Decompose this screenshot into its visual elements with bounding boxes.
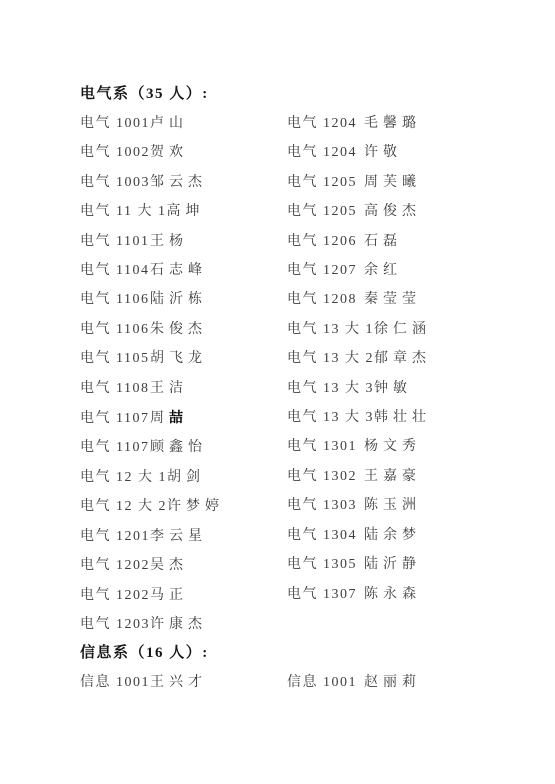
class-label: 电气 1107 bbox=[80, 404, 150, 433]
class-label: 电气 1206 bbox=[287, 227, 364, 256]
class-label: 电气 1003 bbox=[80, 168, 150, 197]
student-name: 朱俊杰 bbox=[150, 322, 207, 337]
student-name: 石志峰 bbox=[150, 263, 207, 278]
student-name: 吴杰 bbox=[150, 558, 188, 573]
class-label: 电气 1205 bbox=[287, 168, 364, 197]
roster-row: 电气 1101王杨 bbox=[80, 227, 287, 256]
student-name: 余红 bbox=[364, 263, 402, 278]
class-label: 电气 1203 bbox=[80, 610, 150, 639]
roster-column-left: 电气 1001卢山电气 1002贺欢电气 1003邹云杰电气 11 大 1高坤电… bbox=[80, 109, 287, 639]
student-name: 许敬 bbox=[364, 145, 402, 160]
student-name: 周芙曦 bbox=[364, 175, 421, 190]
class-label: 电气 12 大 2 bbox=[80, 492, 167, 521]
student-name: 王洁 bbox=[150, 381, 188, 396]
roster-row: 电气 1207余红 bbox=[287, 256, 542, 285]
student-name: 顾鑫怡 bbox=[150, 440, 207, 455]
roster-columns: 信息 1001王兴才 信息 1001赵丽莉 bbox=[80, 668, 542, 697]
roster-row: 电气 13 大 3钟敏 bbox=[287, 374, 542, 403]
roster-row: 电气 1002贺欢 bbox=[80, 138, 287, 167]
student-name: 韩壮壮 bbox=[374, 410, 431, 425]
roster-row: 电气 1302王嘉豪 bbox=[287, 462, 542, 491]
roster-row: 信息 1001王兴才 bbox=[80, 668, 287, 697]
roster-row: 电气 12 大 2许梦婷 bbox=[80, 492, 287, 521]
class-label: 电气 1307 bbox=[287, 580, 364, 609]
roster-row: 电气 1202马正 bbox=[80, 581, 287, 610]
student-name: 陆余梦 bbox=[364, 528, 421, 543]
class-label: 电气 1301 bbox=[287, 432, 364, 461]
class-label: 电气 13 大 2 bbox=[287, 344, 374, 373]
class-label: 电气 1202 bbox=[80, 581, 150, 610]
roster-row: 电气 13 大 2郁章杰 bbox=[287, 344, 542, 373]
roster-row: 电气 1304陆余梦 bbox=[287, 521, 542, 550]
section-information: 信息系（16 人）: 信息 1001王兴才 信息 1001赵丽莉 bbox=[80, 641, 542, 697]
roster-column-right: 信息 1001赵丽莉 bbox=[287, 668, 542, 697]
class-label: 电气 11 大 1 bbox=[80, 197, 166, 226]
class-label: 电气 13 大 1 bbox=[287, 315, 374, 344]
class-label: 电气 1305 bbox=[287, 550, 364, 579]
section-electrical: 电气系（35 人）: 电气 1001卢山电气 1002贺欢电气 1003邹云杰电… bbox=[80, 82, 542, 639]
student-name: 王嘉豪 bbox=[364, 469, 421, 484]
student-name: 马正 bbox=[150, 588, 188, 603]
class-label: 电气 1104 bbox=[80, 256, 150, 285]
student-name: 胡剑 bbox=[167, 470, 205, 485]
roster-row: 电气 1203许康杰 bbox=[80, 610, 287, 639]
roster-row: 电气 1107周喆 bbox=[80, 403, 287, 433]
section-title-information: 信息系（16 人）: bbox=[80, 641, 542, 665]
student-name: 郁章杰 bbox=[374, 351, 431, 366]
student-name: 毛馨璐 bbox=[364, 116, 421, 131]
roster-row: 电气 1305陆沂静 bbox=[287, 550, 542, 579]
roster-row: 电气 1003邹云杰 bbox=[80, 168, 287, 197]
roster-row: 电气 1204毛馨璐 bbox=[287, 109, 542, 138]
roster-row: 电气 1206石磊 bbox=[287, 227, 542, 256]
class-label: 电气 1101 bbox=[80, 227, 150, 256]
student-name: 高坤 bbox=[166, 204, 204, 219]
document-page: 电气系（35 人）: 电气 1001卢山电气 1002贺欢电气 1003邹云杰电… bbox=[0, 0, 555, 784]
student-name: 陈玉洲 bbox=[364, 498, 421, 513]
roster-row: 电气 1201李云星 bbox=[80, 522, 287, 551]
student-name: 陈永森 bbox=[364, 587, 421, 602]
student-name: 许梦婷 bbox=[167, 499, 224, 514]
class-label: 电气 1202 bbox=[80, 551, 150, 580]
class-label: 电气 1106 bbox=[80, 285, 150, 314]
class-label: 电气 1201 bbox=[80, 522, 150, 551]
class-label: 电气 1204 bbox=[287, 109, 364, 138]
student-name: 王杨 bbox=[150, 234, 188, 249]
student-name: 高俊杰 bbox=[364, 204, 421, 219]
class-label: 电气 1303 bbox=[287, 491, 364, 520]
roster-row: 电气 13 大 3韩壮壮 bbox=[287, 403, 542, 432]
student-name: 周喆 bbox=[150, 411, 183, 426]
class-label: 电气 1108 bbox=[80, 374, 150, 403]
student-name: 陆沂栋 bbox=[150, 292, 207, 307]
roster-row: 电气 1104石志峰 bbox=[80, 256, 287, 285]
roster-columns: 电气 1001卢山电气 1002贺欢电气 1003邹云杰电气 11 大 1高坤电… bbox=[80, 109, 542, 639]
roster-column-right: 电气 1204毛馨璐电气 1204许敬电气 1205周芙曦电气 1205高俊杰电… bbox=[287, 109, 542, 639]
roster-row: 电气 12 大 1胡剑 bbox=[80, 463, 287, 492]
class-label: 电气 1106 bbox=[80, 315, 150, 344]
roster-row: 信息 1001赵丽莉 bbox=[287, 668, 542, 697]
student-name: 杨文秀 bbox=[364, 439, 421, 454]
class-label: 电气 13 大 3 bbox=[287, 374, 374, 403]
student-name: 赵丽莉 bbox=[364, 675, 421, 690]
roster-row: 电气 1106陆沂栋 bbox=[80, 285, 287, 314]
student-name: 贺欢 bbox=[150, 145, 188, 160]
roster-row: 电气 1106朱俊杰 bbox=[80, 315, 287, 344]
roster-row: 电气 1202吴杰 bbox=[80, 551, 287, 580]
class-label: 电气 1205 bbox=[287, 197, 364, 226]
class-label: 电气 1105 bbox=[80, 344, 150, 373]
class-label: 电气 1107 bbox=[80, 433, 150, 462]
roster-row: 电气 1001卢山 bbox=[80, 109, 287, 138]
roster-row: 电气 1205高俊杰 bbox=[287, 197, 542, 226]
roster-row: 电气 1301杨文秀 bbox=[287, 432, 542, 461]
class-label: 电气 1204 bbox=[287, 138, 364, 167]
student-name: 许康杰 bbox=[150, 617, 207, 632]
roster-row: 电气 1105胡飞龙 bbox=[80, 344, 287, 373]
student-name: 秦莹莹 bbox=[364, 292, 421, 307]
class-label: 电气 1207 bbox=[287, 256, 364, 285]
student-name: 胡飞龙 bbox=[150, 351, 207, 366]
student-name: 陆沂静 bbox=[364, 557, 421, 572]
class-label: 电气 1208 bbox=[287, 285, 364, 314]
roster-row: 电气 1208秦莹莹 bbox=[287, 285, 542, 314]
class-label: 电气 1002 bbox=[80, 138, 150, 167]
roster-row: 电气 13 大 1徐仁涵 bbox=[287, 315, 542, 344]
roster-row: 电气 1107顾鑫怡 bbox=[80, 433, 287, 462]
student-name: 卢山 bbox=[150, 116, 188, 131]
class-label: 电气 1302 bbox=[287, 462, 364, 491]
student-name: 王兴才 bbox=[150, 675, 207, 690]
class-label: 信息 1001 bbox=[80, 668, 150, 697]
roster-row: 电气 1108王洁 bbox=[80, 374, 287, 403]
class-label: 电气 1001 bbox=[80, 109, 150, 138]
section-title-electrical: 电气系（35 人）: bbox=[80, 82, 542, 106]
roster-row: 电气 1204许敬 bbox=[287, 138, 542, 167]
student-name: 李云星 bbox=[150, 529, 207, 544]
class-label: 电气 13 大 3 bbox=[287, 403, 374, 432]
roster-column-left: 信息 1001王兴才 bbox=[80, 668, 287, 697]
student-name: 徐仁涵 bbox=[374, 322, 431, 337]
roster-row: 电气 11 大 1高坤 bbox=[80, 197, 287, 226]
roster-row: 电气 1303陈玉洲 bbox=[287, 491, 542, 520]
student-name: 石磊 bbox=[364, 234, 402, 249]
class-label: 电气 1304 bbox=[287, 521, 364, 550]
student-name: 邹云杰 bbox=[150, 175, 207, 190]
roster-row: 电气 1307陈永森 bbox=[287, 580, 542, 609]
student-name: 钟敏 bbox=[374, 381, 412, 396]
fallback-font-char: 喆 bbox=[169, 409, 183, 425]
class-label: 信息 1001 bbox=[287, 668, 364, 697]
class-label: 电气 12 大 1 bbox=[80, 463, 167, 492]
document-content: 电气系（35 人）: 电气 1001卢山电气 1002贺欢电气 1003邹云杰电… bbox=[80, 82, 542, 698]
roster-row: 电气 1205周芙曦 bbox=[287, 168, 542, 197]
